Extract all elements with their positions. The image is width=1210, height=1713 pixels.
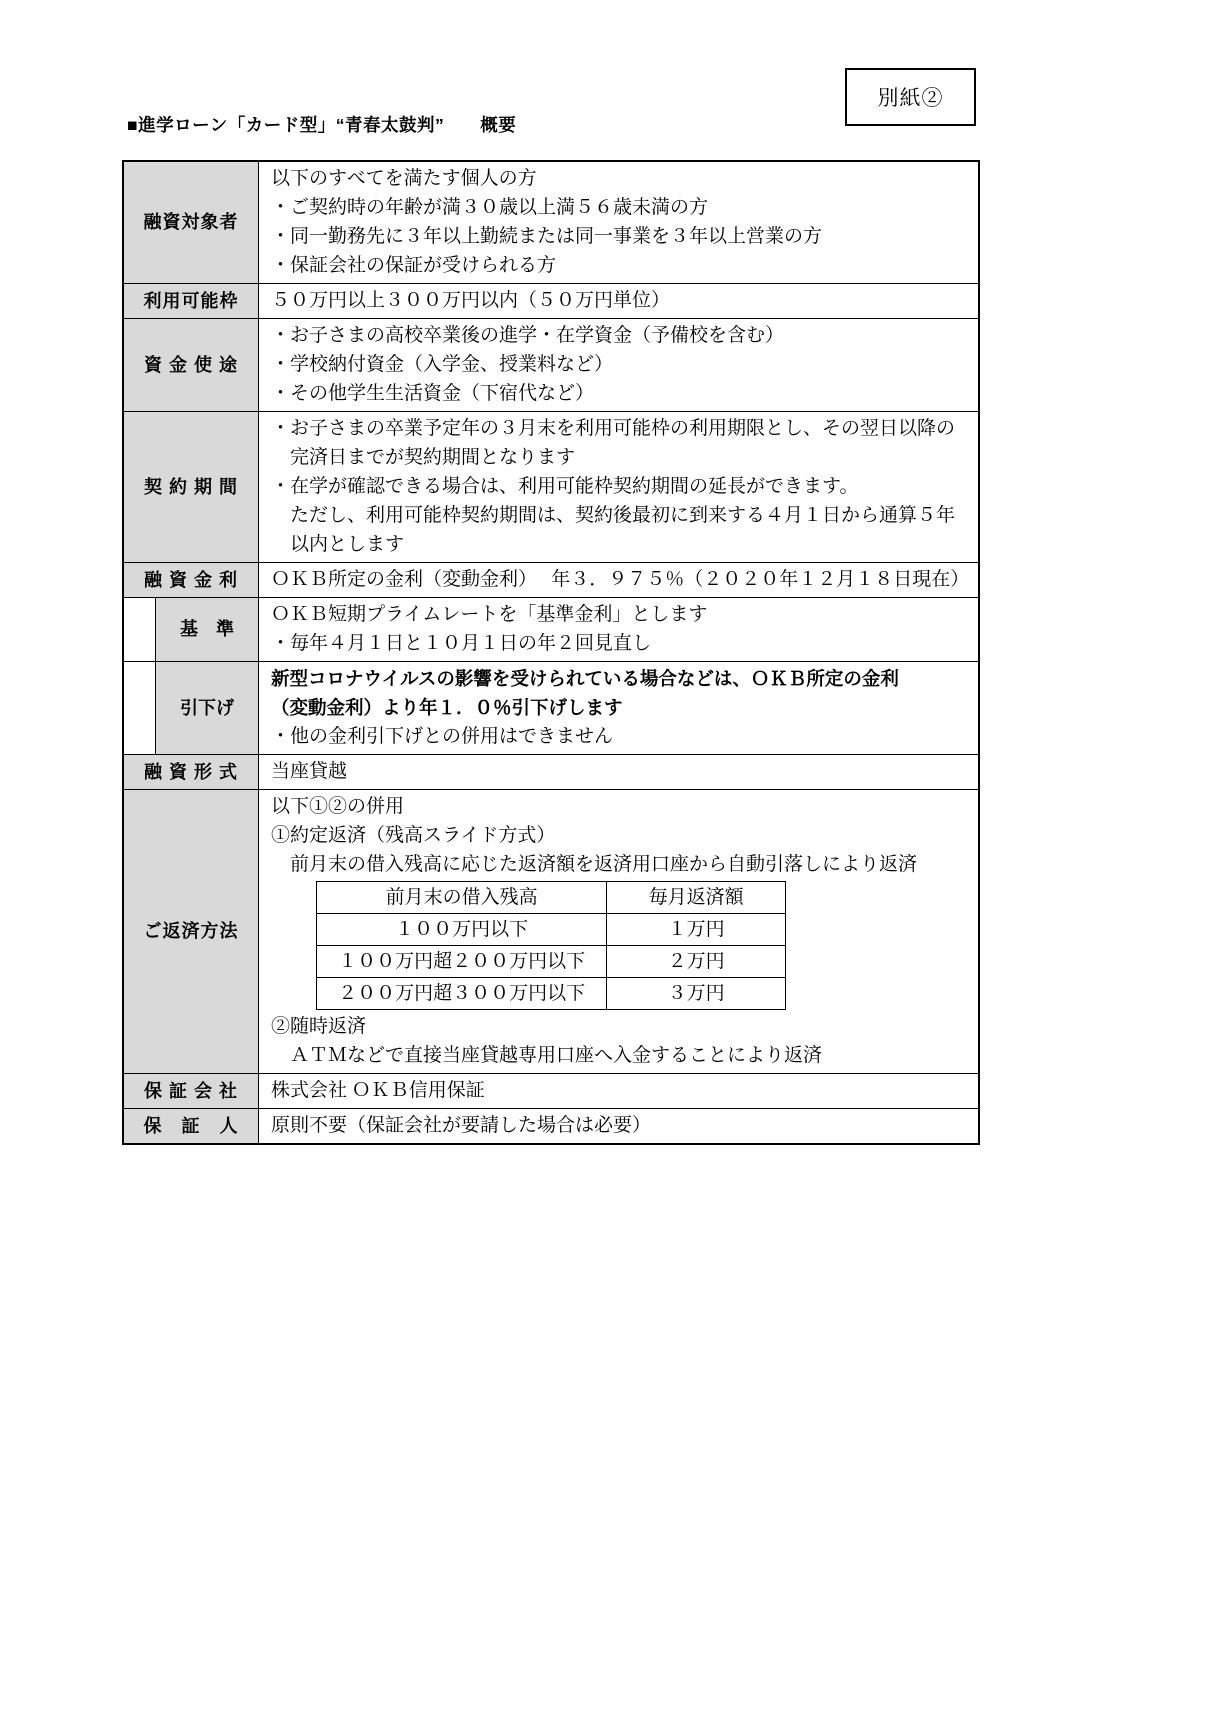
base-rate-line: ・毎年４月１日と１０月１日の年２回見直し <box>271 629 970 658</box>
table-row-base-rate: 基 準 ＯＫＢ短期プライムレートを「基準金利」とします ・毎年４月１日と１０月１… <box>124 597 978 661</box>
table-row-period: 契 約 期 間 ・お子さまの卒業予定年の３月末を利用可能枠の利用期限とし、その翌… <box>124 411 978 562</box>
target-line: ・同一勤務先に３年以上勤続または同一事業を３年以上営業の方 <box>271 222 970 251</box>
table-row-discount: 引下げ 新型コロナウイルスの影響を受けられている場合などは、ＯＫＢ所定の金利 （… <box>124 661 978 754</box>
schedule-balance: ２００万円超３００万円以下 <box>317 978 607 1009</box>
target-line: ・ご契約時の年齢が満３０歳以上満５６歳未満の方 <box>271 193 970 222</box>
row-content-target: 以下のすべてを満たす個人の方 ・ご契約時の年齢が満３０歳以上満５６歳未満の方 ・… <box>259 162 978 283</box>
period-line: ・在学が確認できる場合は、利用可能枠契約期間の延長ができます。 <box>271 472 970 501</box>
target-line: ・保証会社の保証が受けられる方 <box>271 251 970 280</box>
period-line: 完済日までが契約期間となります <box>271 443 970 472</box>
row-label-guarantor-company: 保 証 会 社 <box>124 1074 259 1108</box>
guarantor-company-value: 株式会社 ＯＫＢ信用保証 <box>271 1076 970 1105</box>
table-row-form: 融 資 形 式 当座貸越 <box>124 754 978 789</box>
row-content-guarantor: 原則不要（保証会社が要請した場合は必要） <box>259 1109 978 1143</box>
repayment-schedule-table: 前月末の借入残高 毎月返済額 １００万円以下 １万円 １００万円超２００万円以下… <box>316 881 786 1010</box>
schedule-amount: ２万円 <box>607 946 785 977</box>
schedule-balance: １００万円超２００万円以下 <box>317 946 607 977</box>
table-row-limit: 利用可能枠 ５０万円以上３００万円以内（５０万円単位） <box>124 283 978 318</box>
table-row-repayment: ご返済方法 以下①②の併用 ①約定返済（残高スライド方式） 前月末の借入残高に応… <box>124 789 978 1073</box>
discount-bold-line: （変動金利）より年１．０％引下げします <box>271 693 970 722</box>
row-label-limit: 利用可能枠 <box>124 284 259 318</box>
schedule-header-row: 前月末の借入残高 毎月返済額 <box>317 882 785 913</box>
period-line: 以内とします <box>271 530 970 559</box>
attachment-tag-box: 別紙② <box>845 68 976 126</box>
schedule-amount: ３万円 <box>607 978 785 1009</box>
guarantor-value: 原則不要（保証会社が要請した場合は必要） <box>271 1111 970 1140</box>
loan-summary-table: 融資対象者 以下のすべてを満たす個人の方 ・ご契約時の年齢が満３０歳以上満５６歳… <box>122 160 980 1145</box>
table-row-target: 融資対象者 以下のすべてを満たす個人の方 ・ご契約時の年齢が満３０歳以上満５６歳… <box>124 162 978 283</box>
document-page: 別紙② ■進学ローン「カード型」“青春太鼓判” 概要 融資対象者 以下のすべてを… <box>0 0 1210 1713</box>
attachment-tag-label: 別紙② <box>878 82 944 112</box>
row-label-period: 契 約 期 間 <box>124 412 259 562</box>
schedule-amount: １万円 <box>607 914 785 945</box>
row-label-form: 融 資 形 式 <box>124 755 259 789</box>
usage-line: ・その他学生生活資金（下宿代など） <box>271 379 970 408</box>
row-label-base-rate: 基 準 <box>156 598 259 661</box>
target-line: 以下のすべてを満たす個人の方 <box>271 164 970 193</box>
row-label-rate: 融 資 金 利 <box>124 563 259 597</box>
row-label-target: 融資対象者 <box>124 162 259 283</box>
row-content-repayment: 以下①②の併用 ①約定返済（残高スライド方式） 前月末の借入残高に応じた返済額を… <box>259 790 978 1073</box>
sub-row-indent <box>124 662 156 754</box>
repayment-method1-desc: 前月末の借入残高に応じた返済額を返済用口座から自動引落しにより返済 <box>271 850 970 879</box>
page-title: ■進学ローン「カード型」“青春太鼓判” 概要 <box>127 112 516 137</box>
limit-value: ５０万円以上３００万円以内（５０万円単位） <box>271 286 970 315</box>
base-rate-line: ＯＫＢ短期プライムレートを「基準金利」とします <box>271 600 970 629</box>
sub-row-indent <box>124 598 156 661</box>
row-content-base-rate: ＯＫＢ短期プライムレートを「基準金利」とします ・毎年４月１日と１０月１日の年２… <box>259 598 978 661</box>
table-row-usage: 資 金 使 途 ・お子さまの高校卒業後の進学・在学資金（予備校を含む） ・学校納… <box>124 318 978 411</box>
discount-line: ・他の金利引下げとの併用はできません <box>271 722 970 751</box>
period-line: ただし、利用可能枠契約期間は、契約後最初に到来する４月１日から通算５年 <box>271 501 970 530</box>
schedule-balance: １００万円以下 <box>317 914 607 945</box>
rate-value: ＯＫＢ所定の金利（変動金利） 年３．９７５％（２０２０年１２月１８日現在） <box>271 565 970 594</box>
table-row-rate: 融 資 金 利 ＯＫＢ所定の金利（変動金利） 年３．９７５％（２０２０年１２月１… <box>124 562 978 597</box>
table-row-guarantor: 保 証 人 原則不要（保証会社が要請した場合は必要） <box>124 1108 978 1143</box>
schedule-header-balance: 前月末の借入残高 <box>317 882 607 913</box>
schedule-row: １００万円超２００万円以下 ２万円 <box>317 945 785 977</box>
repayment-method2-title: ②随時返済 <box>271 1012 970 1041</box>
period-line: ・お子さまの卒業予定年の３月末を利用可能枠の利用期限とし、その翌日以降の <box>271 414 970 443</box>
form-value: 当座貸越 <box>271 757 970 786</box>
usage-line: ・学校納付資金（入学金、授業料など） <box>271 350 970 379</box>
row-label-guarantor: 保 証 人 <box>124 1109 259 1143</box>
row-content-usage: ・お子さまの高校卒業後の進学・在学資金（予備校を含む） ・学校納付資金（入学金、… <box>259 319 978 411</box>
row-content-discount: 新型コロナウイルスの影響を受けられている場合などは、ＯＫＢ所定の金利 （変動金利… <box>259 662 978 754</box>
repayment-method1-title: ①約定返済（残高スライド方式） <box>271 821 970 850</box>
row-content-limit: ５０万円以上３００万円以内（５０万円単位） <box>259 284 978 318</box>
discount-bold-line: 新型コロナウイルスの影響を受けられている場合などは、ＯＫＢ所定の金利 <box>271 664 970 693</box>
row-label-discount: 引下げ <box>156 662 259 754</box>
row-content-period: ・お子さまの卒業予定年の３月末を利用可能枠の利用期限とし、その翌日以降の 完済日… <box>259 412 978 562</box>
schedule-row: ２００万円超３００万円以下 ３万円 <box>317 977 785 1009</box>
row-content-rate: ＯＫＢ所定の金利（変動金利） 年３．９７５％（２０２０年１２月１８日現在） <box>259 563 978 597</box>
row-content-guarantor-company: 株式会社 ＯＫＢ信用保証 <box>259 1074 978 1108</box>
repayment-method2-desc: ＡＴＭなどで直接当座貸越専用口座へ入金することにより返済 <box>271 1041 970 1070</box>
table-row-guarantor-company: 保 証 会 社 株式会社 ＯＫＢ信用保証 <box>124 1073 978 1108</box>
usage-line: ・お子さまの高校卒業後の進学・在学資金（予備校を含む） <box>271 321 970 350</box>
schedule-header-amount: 毎月返済額 <box>607 882 785 913</box>
schedule-row: １００万円以下 １万円 <box>317 913 785 945</box>
repayment-intro: 以下①②の併用 <box>271 792 970 821</box>
row-content-form: 当座貸越 <box>259 755 978 789</box>
row-label-usage: 資 金 使 途 <box>124 319 259 411</box>
row-label-repayment: ご返済方法 <box>124 790 259 1073</box>
